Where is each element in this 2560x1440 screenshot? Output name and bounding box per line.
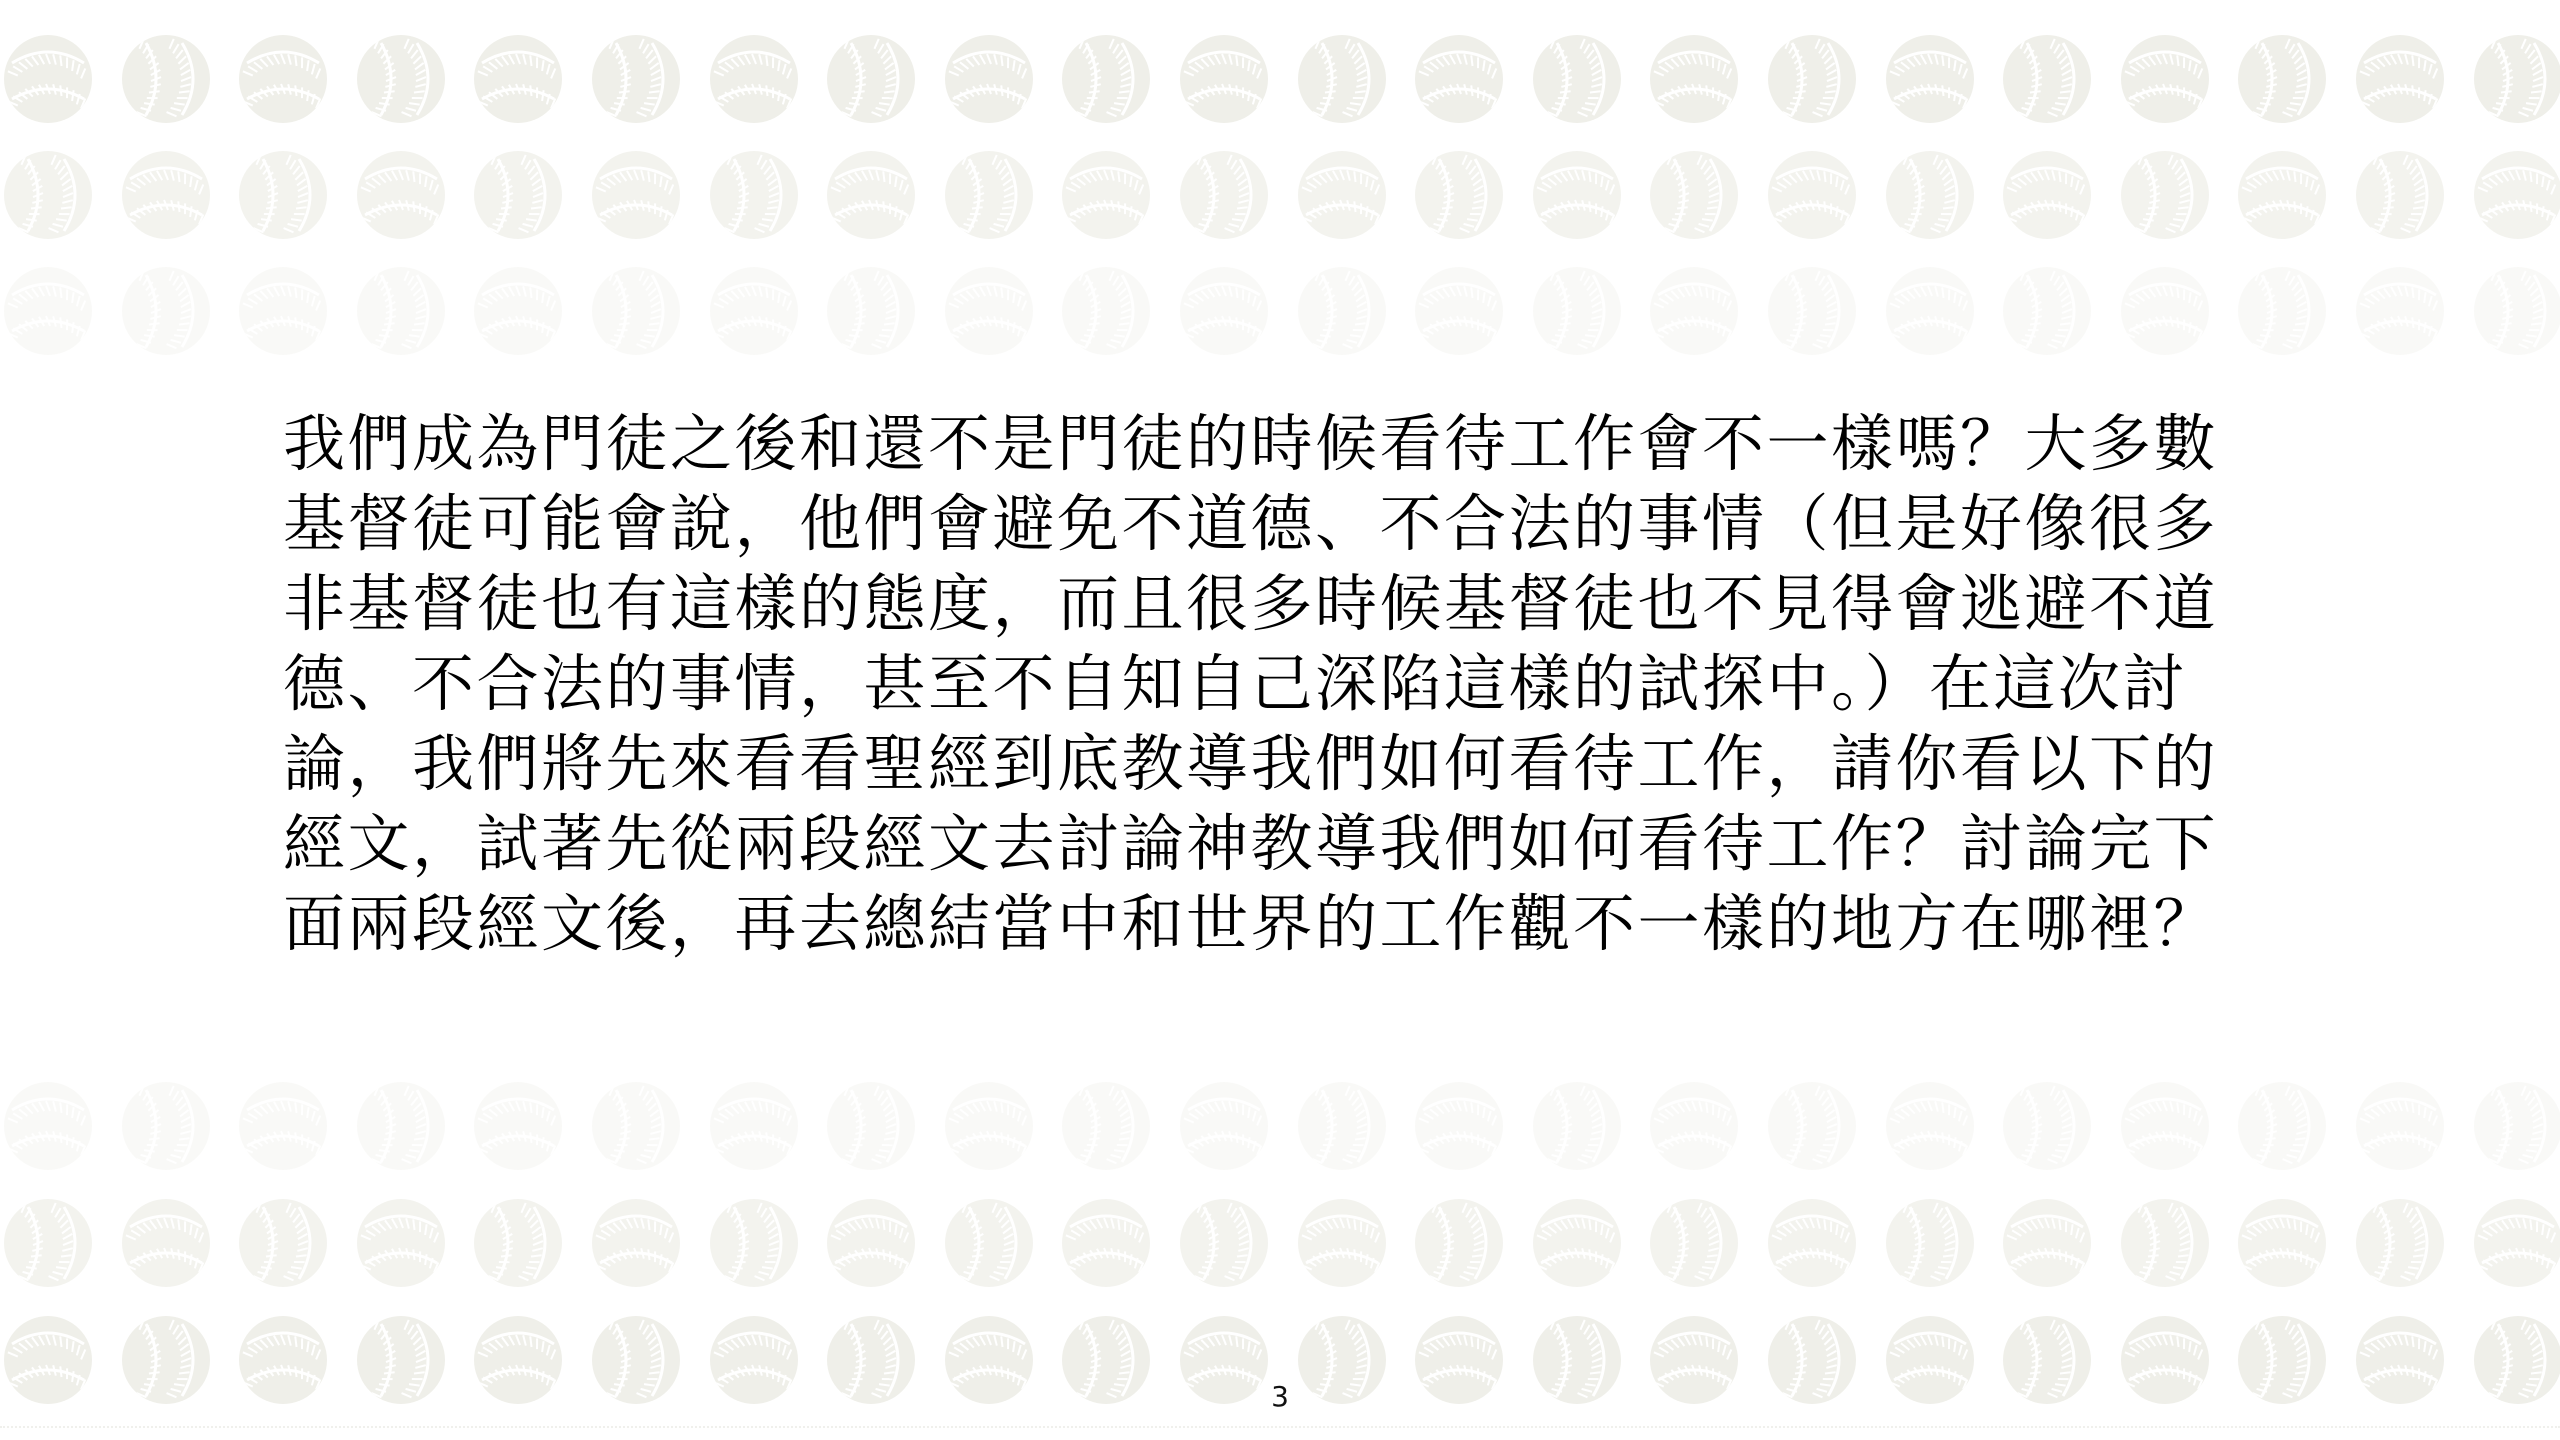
baseball-icon: [1650, 1082, 1738, 1170]
baseball-icon: [2356, 1199, 2444, 1287]
baseball-icon: [2356, 1082, 2444, 1170]
baseball-icon: [2121, 1082, 2209, 1170]
baseball-icon: [945, 1316, 1033, 1404]
baseball-icon: [1062, 1316, 1150, 1404]
baseball-icon: [592, 35, 680, 123]
baseball-icon: [1415, 1199, 1503, 1287]
baseball-icon: [2356, 1316, 2444, 1404]
baseball-icon: [1650, 151, 1738, 239]
baseball-pattern-top: [0, 0, 2560, 380]
baseball-icon: [2003, 267, 2091, 355]
baseball-icon: [474, 1199, 562, 1287]
baseball-icon: [1886, 151, 1974, 239]
baseball-icon: [357, 35, 445, 123]
baseball-icon: [827, 151, 915, 239]
baseball-icon: [592, 1082, 680, 1170]
baseball-icon: [4, 35, 92, 123]
baseball-icon: [1062, 267, 1150, 355]
baseball-icon: [4, 1199, 92, 1287]
baseball-icon: [2121, 267, 2209, 355]
baseball-icon: [710, 1199, 798, 1287]
baseball-icon: [1650, 267, 1738, 355]
baseball-icon: [827, 1199, 915, 1287]
baseball-icon: [1298, 1316, 1386, 1404]
baseball-icon: [1533, 1199, 1621, 1287]
baseball-icon: [1180, 1316, 1268, 1404]
body-line-4: 德、不合法的事情，甚至不自知自己深陷這樣的試探中。）在這次討: [283, 644, 2293, 724]
baseball-icon: [592, 1316, 680, 1404]
baseball-icon: [239, 267, 327, 355]
baseball-icon: [1062, 35, 1150, 123]
baseball-icon: [474, 267, 562, 355]
baseball-icon: [122, 267, 210, 355]
baseball-icon: [710, 1082, 798, 1170]
baseball-icon: [1533, 35, 1621, 123]
baseball-icon: [357, 1082, 445, 1170]
baseball-icon: [2238, 35, 2326, 123]
baseball-icon: [1533, 151, 1621, 239]
baseball-icon: [1180, 151, 1268, 239]
baseball-icon: [2121, 35, 2209, 123]
baseball-icon: [2474, 1316, 2560, 1404]
baseball-icon: [1415, 267, 1503, 355]
baseball-icon: [1180, 35, 1268, 123]
baseball-icon: [1533, 1316, 1621, 1404]
baseball-icon: [2474, 151, 2560, 239]
baseball-icon: [1298, 1199, 1386, 1287]
baseball-icon: [239, 1082, 327, 1170]
baseball-icon: [592, 151, 680, 239]
baseball-icon: [239, 1199, 327, 1287]
baseball-icon: [357, 1316, 445, 1404]
baseball-icon: [2003, 1316, 2091, 1404]
baseball-icon: [357, 151, 445, 239]
baseball-icon: [239, 35, 327, 123]
baseball-icon: [1768, 1199, 1856, 1287]
baseball-icon: [710, 35, 798, 123]
baseball-icon: [1415, 151, 1503, 239]
baseball-icon: [827, 1082, 915, 1170]
baseball-icon: [1180, 267, 1268, 355]
baseball-icon: [1650, 1199, 1738, 1287]
baseball-icon: [1180, 1199, 1268, 1287]
baseball-icon: [945, 1199, 1033, 1287]
baseball-icon: [357, 1199, 445, 1287]
baseball-icon: [710, 267, 798, 355]
baseball-icon: [1886, 1199, 1974, 1287]
footer-divider: [0, 1426, 2560, 1428]
baseball-icon: [1650, 35, 1738, 123]
body-line-3: 非基督徒也有這樣的態度，而且很多時候基督徒也不見得會逃避不道: [283, 564, 2293, 644]
baseball-icon: [1768, 1082, 1856, 1170]
baseball-icon: [2003, 151, 2091, 239]
baseball-icon: [1180, 1082, 1268, 1170]
baseball-icon: [1298, 35, 1386, 123]
baseball-icon: [122, 35, 210, 123]
baseball-icon: [1062, 151, 1150, 239]
baseball-icon: [1886, 1082, 1974, 1170]
body-line-6: 經文，試著先從兩段經文去討論神教導我們如何看待工作？討論完下: [283, 804, 2293, 884]
baseball-icon: [710, 151, 798, 239]
body-line-7: 面兩段經文後，再去總結當中和世界的工作觀不一樣的地方在哪裡？: [283, 884, 2293, 964]
baseball-icon: [122, 151, 210, 239]
baseball-icon: [4, 267, 92, 355]
baseball-icon: [1768, 267, 1856, 355]
baseball-icon: [2238, 1199, 2326, 1287]
baseball-icon: [2121, 151, 2209, 239]
baseball-icon: [945, 1082, 1033, 1170]
baseball-icon: [239, 1316, 327, 1404]
baseball-icon: [1298, 267, 1386, 355]
baseball-icon: [1415, 1316, 1503, 1404]
baseball-icon: [1886, 35, 1974, 123]
baseball-icon: [1768, 1316, 1856, 1404]
baseball-icon: [945, 35, 1033, 123]
baseball-icon: [1886, 1316, 1974, 1404]
baseball-row: [0, 267, 2560, 357]
baseball-icon: [1415, 35, 1503, 123]
baseball-icon: [2474, 267, 2560, 355]
baseball-icon: [945, 267, 1033, 355]
baseball-icon: [474, 35, 562, 123]
baseball-icon: [827, 35, 915, 123]
baseball-icon: [4, 151, 92, 239]
baseball-icon: [827, 267, 915, 355]
baseball-icon: [1886, 267, 1974, 355]
baseball-row: [0, 151, 2560, 241]
baseball-icon: [474, 151, 562, 239]
baseball-icon: [1533, 267, 1621, 355]
baseball-row: [0, 1082, 2560, 1172]
baseball-icon: [474, 1082, 562, 1170]
baseball-icon: [474, 1316, 562, 1404]
baseball-icon: [2474, 1199, 2560, 1287]
baseball-icon: [2003, 35, 2091, 123]
baseball-icon: [4, 1316, 92, 1404]
baseball-icon: [1533, 1082, 1621, 1170]
body-line-2: 基督徒可能會說，他們會避免不道德、不合法的事情（但是好像很多: [283, 484, 2293, 564]
baseball-icon: [2121, 1316, 2209, 1404]
baseball-icon: [2238, 1316, 2326, 1404]
baseball-icon: [1650, 1316, 1738, 1404]
baseball-icon: [122, 1199, 210, 1287]
baseball-icon: [357, 267, 445, 355]
baseball-icon: [1298, 151, 1386, 239]
baseball-row: [0, 1199, 2560, 1289]
baseball-icon: [1415, 1082, 1503, 1170]
baseball-icon: [592, 1199, 680, 1287]
body-line-1: 我們成為門徒之後和還不是門徒的時候看待工作會不一樣嗎？大多數: [283, 404, 2293, 484]
baseball-icon: [1768, 35, 1856, 123]
baseball-icon: [2003, 1082, 2091, 1170]
baseball-icon: [2356, 267, 2444, 355]
body-line-5: 論，我們將先來看看聖經到底教導我們如何看待工作，請你看以下的: [283, 724, 2293, 804]
baseball-icon: [122, 1316, 210, 1404]
baseball-icon: [2356, 35, 2444, 123]
baseball-icon: [592, 267, 680, 355]
baseball-icon: [2238, 151, 2326, 239]
baseball-icon: [2121, 1199, 2209, 1287]
baseball-icon: [1062, 1082, 1150, 1170]
baseball-icon: [710, 1316, 798, 1404]
baseball-icon: [827, 1316, 915, 1404]
baseball-icon: [4, 1082, 92, 1170]
baseball-icon: [1768, 151, 1856, 239]
baseball-row: [0, 35, 2560, 125]
baseball-icon: [2238, 1082, 2326, 1170]
baseball-icon: [122, 1082, 210, 1170]
baseball-icon: [1062, 1199, 1150, 1287]
baseball-icon: [2474, 35, 2560, 123]
baseball-icon: [2356, 151, 2444, 239]
baseball-icon: [945, 151, 1033, 239]
baseball-icon: [1298, 1082, 1386, 1170]
baseball-icon: [2474, 1082, 2560, 1170]
baseball-icon: [2003, 1199, 2091, 1287]
baseball-icon: [239, 151, 327, 239]
slide-body-text: 我們成為門徒之後和還不是門徒的時候看待工作會不一樣嗎？大多數 基督徒可能會說，他…: [283, 404, 2293, 964]
page-number: 3: [1268, 1380, 1292, 1414]
baseball-icon: [2238, 267, 2326, 355]
